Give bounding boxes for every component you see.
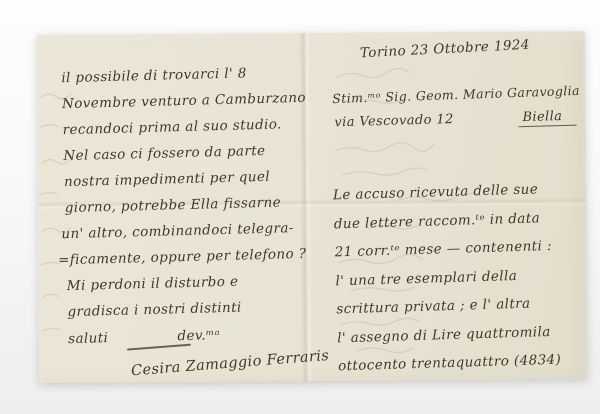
dateline: Torino 23 Ottobre 1924	[360, 37, 531, 62]
street-address: via Vescovado 12	[334, 112, 454, 132]
letter-page-right: Torino 23 Ottobre 1924 Stim.ᵐᵒ Sig. Geom…	[332, 31, 587, 381]
letter-paper: il possibile di trovarci l' 8 Novembre v…	[37, 31, 587, 383]
city-name: Biella	[518, 109, 576, 128]
valediction-text: saluti	[68, 325, 109, 352]
recipient-line: Stim.ᵐᵒ Sig. Geom. Mario Garavoglia	[332, 83, 580, 106]
letter-body: Le accuso ricevuta delle sue due lettere…	[333, 175, 562, 381]
photo-background: il possibile di trovarci l' 8 Novembre v…	[0, 0, 600, 414]
address-row: via Vescovado 12 Biella	[334, 109, 576, 133]
handwritten-line: ottocento trentaquattro (4834)	[338, 346, 562, 381]
letter-page-left: il possibile di trovarci l' 8 Novembre v…	[61, 59, 321, 381]
handwritten-line: gradisca i nostri distinti	[67, 293, 320, 326]
